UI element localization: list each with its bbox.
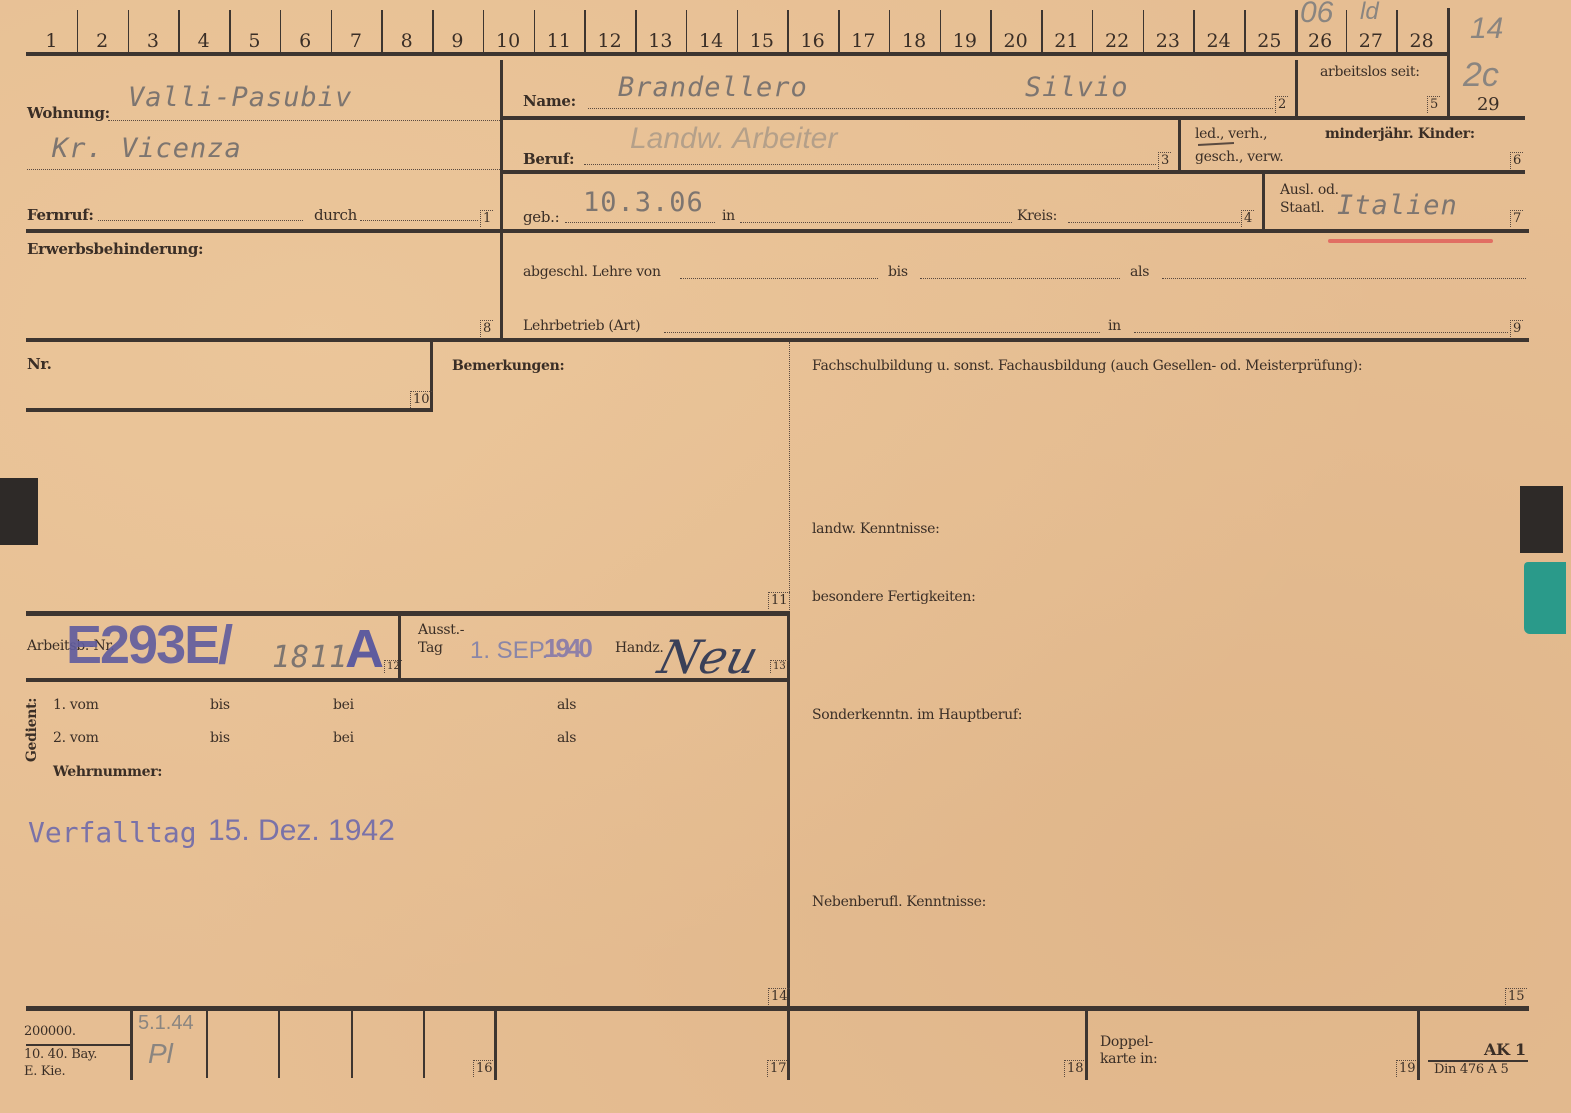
given-name-value[interactable]: Silvio: [1025, 72, 1129, 103]
ruler-number-27: 27: [1346, 30, 1396, 52]
divider: [26, 1044, 130, 1046]
ruler-number-2: 2: [77, 30, 127, 52]
box-number-13: 13: [770, 660, 788, 673]
divider: [26, 408, 433, 412]
wohnung-value-1[interactable]: Valli-Pasubiv: [128, 82, 352, 113]
divider: [1085, 1008, 1088, 1080]
ruler-number-29: 29: [1477, 94, 1499, 115]
landw-label: landw. Kenntnisse:: [812, 521, 940, 537]
ruler-number-11: 11: [534, 30, 584, 52]
box-number-11: 11: [768, 592, 790, 609]
ruler-number-16: 16: [788, 30, 838, 52]
ruler-number-9: 9: [432, 30, 482, 52]
gedient-row1-bis: bis: [210, 697, 230, 713]
box-number-2: 2: [1275, 96, 1288, 113]
fachschul-label: Fachschulbildung u. sonst. Fachausbildun…: [812, 358, 1362, 374]
box-number-10: 10: [410, 391, 432, 408]
ruler-number-6: 6: [280, 30, 330, 52]
gedient-row2-bis: bis: [210, 730, 230, 746]
divider: [1178, 120, 1181, 172]
box-number-3: 3: [1158, 152, 1171, 169]
nr-label: Nr.: [27, 355, 52, 373]
print-info-2: E. Kie.: [24, 1064, 65, 1079]
dotted-line: [108, 120, 500, 121]
pencil-initial: Pl: [148, 1038, 173, 1070]
ruler-number-10: 10: [483, 30, 533, 52]
familienstand-label-2: gesch., verw.: [1195, 149, 1283, 165]
divider: [787, 1008, 790, 1080]
box-number-7: 7: [1510, 210, 1523, 227]
ruler-number-13: 13: [635, 30, 685, 52]
print-run: 200000.: [24, 1024, 76, 1039]
fertigkeiten-label: besondere Fertigkeiten:: [812, 589, 976, 605]
divider: [494, 1008, 497, 1080]
print-info-1: 10. 40. Bay.: [24, 1047, 97, 1062]
divider: [1447, 8, 1450, 118]
gedient-row2-bei: bei: [333, 730, 354, 746]
box-number-19: 19: [1396, 1060, 1418, 1077]
dotted-line: [920, 278, 1120, 279]
box-number-8: 8: [480, 320, 493, 337]
divider: [26, 338, 1529, 342]
divider: [423, 1010, 425, 1078]
box-number-1: 1: [480, 210, 493, 227]
divider: [351, 1010, 353, 1078]
geb-value[interactable]: 10.3.06: [583, 187, 704, 218]
dotted-line: [1162, 278, 1526, 279]
corner-pencil-2: 2c: [1463, 56, 1499, 95]
geb-in-label: in: [722, 208, 735, 224]
doppelkarte-label-2: karte in:: [1100, 1051, 1157, 1067]
box-number-17: 17: [767, 1060, 789, 1077]
surname-value[interactable]: Brandellero: [618, 72, 808, 103]
ausst-label-2: Tag: [418, 640, 443, 656]
ruler-number-23: 23: [1143, 30, 1193, 52]
dotted-line: [588, 108, 1273, 109]
divider: [130, 1008, 133, 1080]
divider: [26, 678, 790, 682]
kreis-label: Kreis:: [1017, 208, 1057, 224]
dotted-line: [680, 278, 878, 279]
underline-mark: [1198, 142, 1234, 146]
kinder-label: minderjähr. Kinder:: [1325, 126, 1475, 142]
erwerbsbehinderung-label: Erwerbsbehinderung:: [27, 240, 203, 258]
dotted-line: [740, 222, 1012, 223]
ruler-number-7: 7: [331, 30, 381, 52]
dotted-line: [27, 169, 500, 170]
lehre-label: abgeschl. Lehre von: [523, 264, 661, 280]
divider: [1295, 60, 1298, 118]
ruler-number-17: 17: [838, 30, 888, 52]
box-number-18: 18: [1064, 1060, 1086, 1077]
gedient-row1-als: als: [557, 697, 576, 713]
ruler-number-5: 5: [229, 30, 279, 52]
form-code: AK 1: [1484, 1040, 1526, 1059]
dotted-line: [664, 332, 1100, 333]
lehrbetrieb-label: Lehrbetrieb (Art): [523, 318, 640, 334]
lehre-bis-label: bis: [888, 264, 908, 280]
ruler-number-14: 14: [686, 30, 736, 52]
box-number-6: 6: [1510, 152, 1523, 169]
divider: [503, 116, 1525, 120]
divider: [398, 614, 401, 682]
staatl-value[interactable]: Italien: [1337, 190, 1458, 221]
gedient-row2-als: als: [557, 730, 576, 746]
ausst-date-stamp: 1. SEP.: [470, 637, 548, 665]
index-tab-left: [0, 478, 38, 545]
arbeitsbuch-number[interactable]: 1811: [272, 640, 348, 675]
nebenberuf-label: Nebenberufl. Kenntnisse:: [812, 894, 986, 910]
ruler-number-15: 15: [737, 30, 787, 52]
ruler-number-19: 19: [940, 30, 990, 52]
ruler-number-18: 18: [889, 30, 939, 52]
beruf-value[interactable]: Landw. Arbeiter: [630, 122, 837, 156]
ruler-number-26: 26: [1295, 30, 1345, 52]
ruler-number-1: 1: [26, 30, 76, 52]
dotted-line: [98, 220, 303, 221]
divider: [26, 229, 1529, 233]
din-label: Din 476 A 5: [1434, 1062, 1509, 1077]
signature: Neu: [653, 630, 765, 684]
handz-label: Handz.: [615, 640, 664, 656]
wehrnummer-label: Wehrnummer:: [53, 764, 162, 780]
dotted-line: [584, 164, 1156, 165]
beruf-label: Beruf:: [523, 150, 574, 168]
staatl-label-2: Staatl.: [1280, 200, 1324, 216]
box-number-5: 5: [1427, 96, 1440, 113]
registration-card: 1234567891011121314151617181920212223242…: [0, 0, 1571, 1113]
durch-label: durch: [314, 206, 357, 224]
familienstand-label-1: led., verh.,: [1195, 126, 1267, 142]
divider: [503, 170, 1525, 174]
fernruf-label: Fernruf:: [27, 206, 94, 224]
ruler-baseline: [26, 52, 1450, 56]
ruler-number-22: 22: [1092, 30, 1142, 52]
name-label: Name:: [523, 92, 576, 110]
ruler-number-24: 24: [1194, 30, 1244, 52]
gedient-row2-vom: 2. vom: [53, 730, 99, 746]
ruler-number-4: 4: [179, 30, 229, 52]
ruler-number-21: 21: [1041, 30, 1091, 52]
pencil-mark-top: 06: [1300, 0, 1333, 30]
divider: [1262, 172, 1265, 230]
box-number-16: 16: [473, 1060, 495, 1077]
arbeitsbuch-stamp: E293E/: [66, 614, 231, 676]
ruler-number-20: 20: [991, 30, 1041, 52]
gedient-label: Gedient:: [24, 698, 40, 762]
box-number-15: 15: [1505, 988, 1527, 1005]
bemerkungen-label: Bemerkungen:: [452, 358, 564, 374]
gedient-row1-vom: 1. vom: [53, 697, 99, 713]
staatl-label-1: Ausl. od.: [1280, 182, 1339, 198]
verfalltag-label: Verfalltag: [28, 816, 197, 849]
divider: [500, 60, 503, 340]
box-number-9: 9: [1510, 320, 1523, 337]
divider: [206, 1010, 208, 1078]
pencil-date: 5.1.44: [138, 1012, 194, 1035]
divider: [26, 1006, 1529, 1011]
dotted-line: [360, 220, 478, 221]
teal-marker: [1524, 562, 1566, 634]
wohnung-value-2[interactable]: Kr. Vicenza: [52, 133, 242, 164]
dotted-divider: [789, 342, 790, 612]
divider: [278, 1010, 280, 1078]
ruler-number-25: 25: [1244, 30, 1294, 52]
wohnung-label: Wohnung:: [27, 104, 110, 122]
ruler-number-12: 12: [585, 30, 635, 52]
index-tab-right: [1520, 486, 1563, 553]
divider: [1417, 1008, 1420, 1080]
ausst-label-1: Ausst.-: [418, 622, 464, 638]
doppelkarte-label-1: Doppel-: [1100, 1034, 1153, 1050]
box-number-14: 14: [768, 988, 790, 1005]
ruler-number-28: 28: [1397, 30, 1447, 52]
box-number-4: 4: [1241, 210, 1254, 227]
arbeitsbuch-stamp-suffix: A: [345, 618, 384, 680]
gedient-row1-bei: bei: [333, 697, 354, 713]
ruler-number-8: 8: [382, 30, 432, 52]
ruler-number-3: 3: [128, 30, 178, 52]
pencil-mark-top2: ld: [1360, 0, 1379, 26]
ausst-year-stamp: 1940: [544, 633, 590, 664]
dotted-line: [1068, 222, 1240, 223]
red-underline: [1328, 239, 1493, 243]
arbeitslos-label: arbeitslos seit:: [1320, 64, 1420, 80]
verfalltag-value: 15. Dez. 1942: [208, 814, 395, 848]
lehre-als-label: als: [1130, 264, 1149, 280]
sonderkenntn-label: Sonderkenntn. im Hauptberuf:: [812, 707, 1022, 723]
geb-label: geb.:: [523, 208, 559, 226]
dotted-line: [565, 222, 715, 223]
corner-pencil-1: 14: [1470, 12, 1503, 46]
dotted-line: [1134, 332, 1508, 333]
lehrbetrieb-in-label: in: [1108, 318, 1121, 334]
